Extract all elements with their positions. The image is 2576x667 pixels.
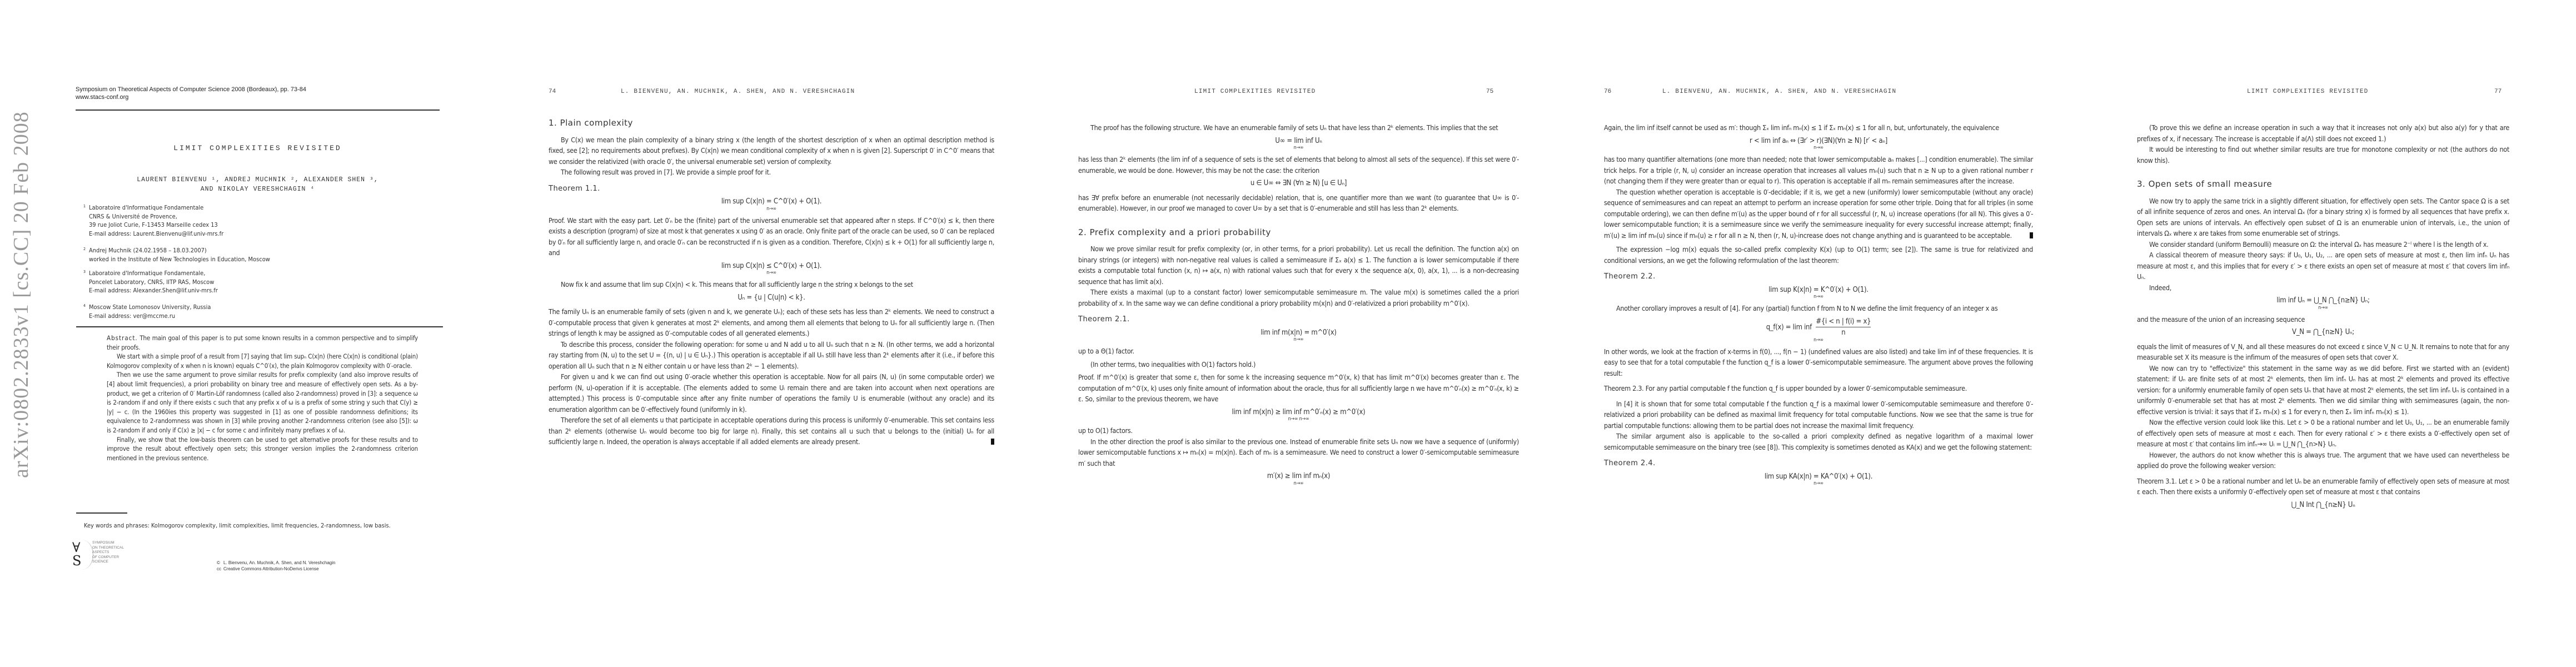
page-77: LIMIT COMPLEXITIES REVISITED 77 (To prov… — [2061, 0, 2576, 667]
equation-fraction: q_f(x) = lim inf #{i < n | f(i) = x} n n… — [1604, 316, 2033, 343]
theorem-label: Theorem 1.1. — [549, 183, 994, 195]
running-head: LIMIT COMPLEXITIES REVISITED — [1194, 88, 1316, 95]
theorem-label: Theorem 2.4. — [1604, 458, 2033, 469]
page-number: 74 — [549, 88, 556, 95]
theorem-statement: Theorem 3.1. Let ε > 0 be a rational num… — [2137, 476, 2509, 497]
header-rule — [76, 109, 440, 111]
venue-header: Symposium on Theoretical Aspects of Comp… — [76, 86, 306, 101]
authors-line-1: LAURENT BIENVENU ¹, ANDREJ MUCHNIK ², AL… — [0, 175, 515, 185]
equation: m′(x) ≥ lim inf mₙ(x)n→∞ — [1078, 471, 1519, 486]
page-76: 76 L. BIENVENU, AN. MUCHNIK, A. SHEN, AN… — [1546, 0, 2061, 667]
abstract-para: We start with a simple proof of a result… — [107, 352, 418, 370]
affiliation-3: 3 Laboratoire d'Informatique Fondamental… — [89, 269, 218, 295]
equation: lim sup K(x|n) = K^0′(x) + O(1).n→∞ — [1604, 285, 2033, 300]
stacs-logo-icon: ∀S — [72, 541, 90, 569]
copyright-icon: © — [217, 560, 223, 566]
equation: lim sup C(x|n) = C^0′(x) + O(1).n→∞ — [549, 196, 994, 212]
author-list: LAURENT BIENVENU ¹, ANDREJ MUCHNIK ², AL… — [0, 175, 515, 194]
proof: Proof. We start with the easy part. Let … — [549, 215, 994, 258]
affiliation-2: 2 Andrej Muchnik (24.02.1958 – 18.03.200… — [89, 246, 270, 263]
section-heading: 1. Plain complexity — [549, 118, 994, 129]
equation: lim inf Uₙ = ⋃_N ⋂_{n≥N} Uₙ;n→∞ — [2137, 295, 2509, 311]
equation: U∞ = lim inf Uₙn→∞ — [1078, 136, 1519, 151]
theorem-label: Theorem 2.2. — [1604, 271, 2033, 282]
page-number: 77 — [2494, 88, 2502, 95]
stacs-logo: ∀S SYMPOSIUM ON THEORETICAL ASPECTS OF C… — [72, 541, 122, 571]
page-74: 74 L. BIENVENU, AN. MUCHNIK, A. SHEN, AN… — [515, 0, 1030, 667]
abstract-label: Abstract. — [107, 334, 138, 342]
section-heading: 2. Prefix complexity and a priori probab… — [1078, 227, 1519, 238]
affiliation-rule — [76, 326, 443, 327]
theorem-statement: Theorem 2.3. For any partial computable … — [1604, 383, 2033, 394]
affiliation-1: 1 Laboratoire d'Informatique Fondamental… — [89, 203, 223, 238]
page-75: LIMIT COMPLEXITIES REVISITED 75 The proo… — [1030, 0, 1546, 667]
cc-icon: cc — [217, 566, 223, 572]
equation: Uₙ = {u | C(u|n) < k}. — [549, 292, 994, 303]
keywords: Key words and phrases: Kolmogorov comple… — [76, 521, 437, 530]
theorem-label: Theorem 2.1. — [1078, 314, 1519, 325]
license-name[interactable]: Creative Commons Attribution-NoDerivs Li… — [223, 566, 319, 571]
qed-icon — [991, 439, 994, 445]
abstract: Abstract. The main goal of this paper is… — [107, 333, 418, 462]
authors-line-2: AND NIKOLAY VERESHCHAGIN ⁴ — [0, 185, 515, 194]
copyright-holders: L. Bienvenu, An. Muchnik, A. Shen, and N… — [223, 560, 335, 565]
equation: u ∈ U∞ ⇔ ∃N (∀n ≥ N) [u ∈ Uₙ] — [1078, 178, 1519, 189]
proof: Proof. If m^0′(x) is greater that some ε… — [1078, 372, 1519, 405]
stacs-logo-text: SYMPOSIUM ON THEORETICAL ASPECTS OF COMP… — [92, 541, 124, 565]
affiliation-4: 4 Moscow State Lomonosov University, Rus… — [89, 303, 211, 320]
page-body: Again, the lim inf itself cannot be used… — [1604, 122, 2033, 490]
qed-icon — [2030, 232, 2033, 238]
running-head: LIMIT COMPLEXITIES REVISITED — [2247, 88, 2368, 95]
page-number: 76 — [1604, 88, 1611, 95]
arxiv-stamp-text: arXiv:0802.2833v1 [cs.CC] 20 Feb 2008 — [9, 111, 33, 478]
running-head: L. BIENVENU, AN. MUCHNIK, A. SHEN, AND N… — [621, 88, 855, 95]
footnote-rule — [76, 512, 127, 514]
equation: lim sup KA(x|n) = KA^0′(x) + O(1).n→∞ — [1604, 471, 2033, 487]
equation: lim sup C(x|n) ≤ C^0′(x) + O(1).n→∞ — [549, 261, 994, 276]
page-body: (To prove this we define an increase ope… — [2137, 122, 2509, 514]
equation: lim inf m(x|n) ≥ lim inf m^0′ₙ(x) ≥ m^0′… — [1078, 407, 1519, 422]
abstract-para: Then we use the same argument to prove s… — [107, 370, 418, 435]
equation: ⋃_N Int ⋂_{n≥N} Uₙ — [2137, 500, 2509, 511]
email-shen[interactable]: E-mail address: Alexander.Shen@lif.univ-… — [89, 286, 218, 295]
equation: r < lim inf aₙ ⇔ (∃r′ > r)(∃N)(∀n ≥ N) [… — [1604, 136, 2033, 151]
equation: lim inf m(x|n) = m^0′(x)n→∞ — [1078, 327, 1519, 343]
equation: V_N = ⋂_{n≥N} Uₙ; — [2137, 327, 2509, 338]
page-73: arXiv:0802.2833v1 [cs.CC] 20 Feb 2008 Sy… — [0, 0, 515, 667]
page-number: 75 — [1486, 88, 1493, 95]
abstract-para: Finally, we show that the low-basis theo… — [107, 435, 418, 463]
paper-title: LIMIT COMPLEXITIES REVISITED — [0, 144, 515, 152]
email-bienvenu[interactable]: E-mail address: Laurent.Bienvenu@lif.uni… — [89, 230, 223, 238]
running-head: L. BIENVENU, AN. MUCHNIK, A. SHEN, AND N… — [1662, 88, 1896, 95]
page-body: The proof has the following structure. W… — [1078, 122, 1519, 490]
section-heading: 3. Open sets of small measure — [2137, 179, 2509, 190]
venue-url[interactable]: www.stacs-conf.org — [76, 93, 306, 101]
venue-line: Symposium on Theoretical Aspects of Comp… — [76, 86, 306, 93]
email-vereshchagin[interactable]: E-mail address: ver@mccme.ru — [89, 312, 211, 321]
page-body: 1. Plain complexity By C(x) we mean the … — [549, 118, 994, 447]
license-block: ©L. Bienvenu, An. Muchnik, A. Shen, and … — [217, 560, 335, 572]
